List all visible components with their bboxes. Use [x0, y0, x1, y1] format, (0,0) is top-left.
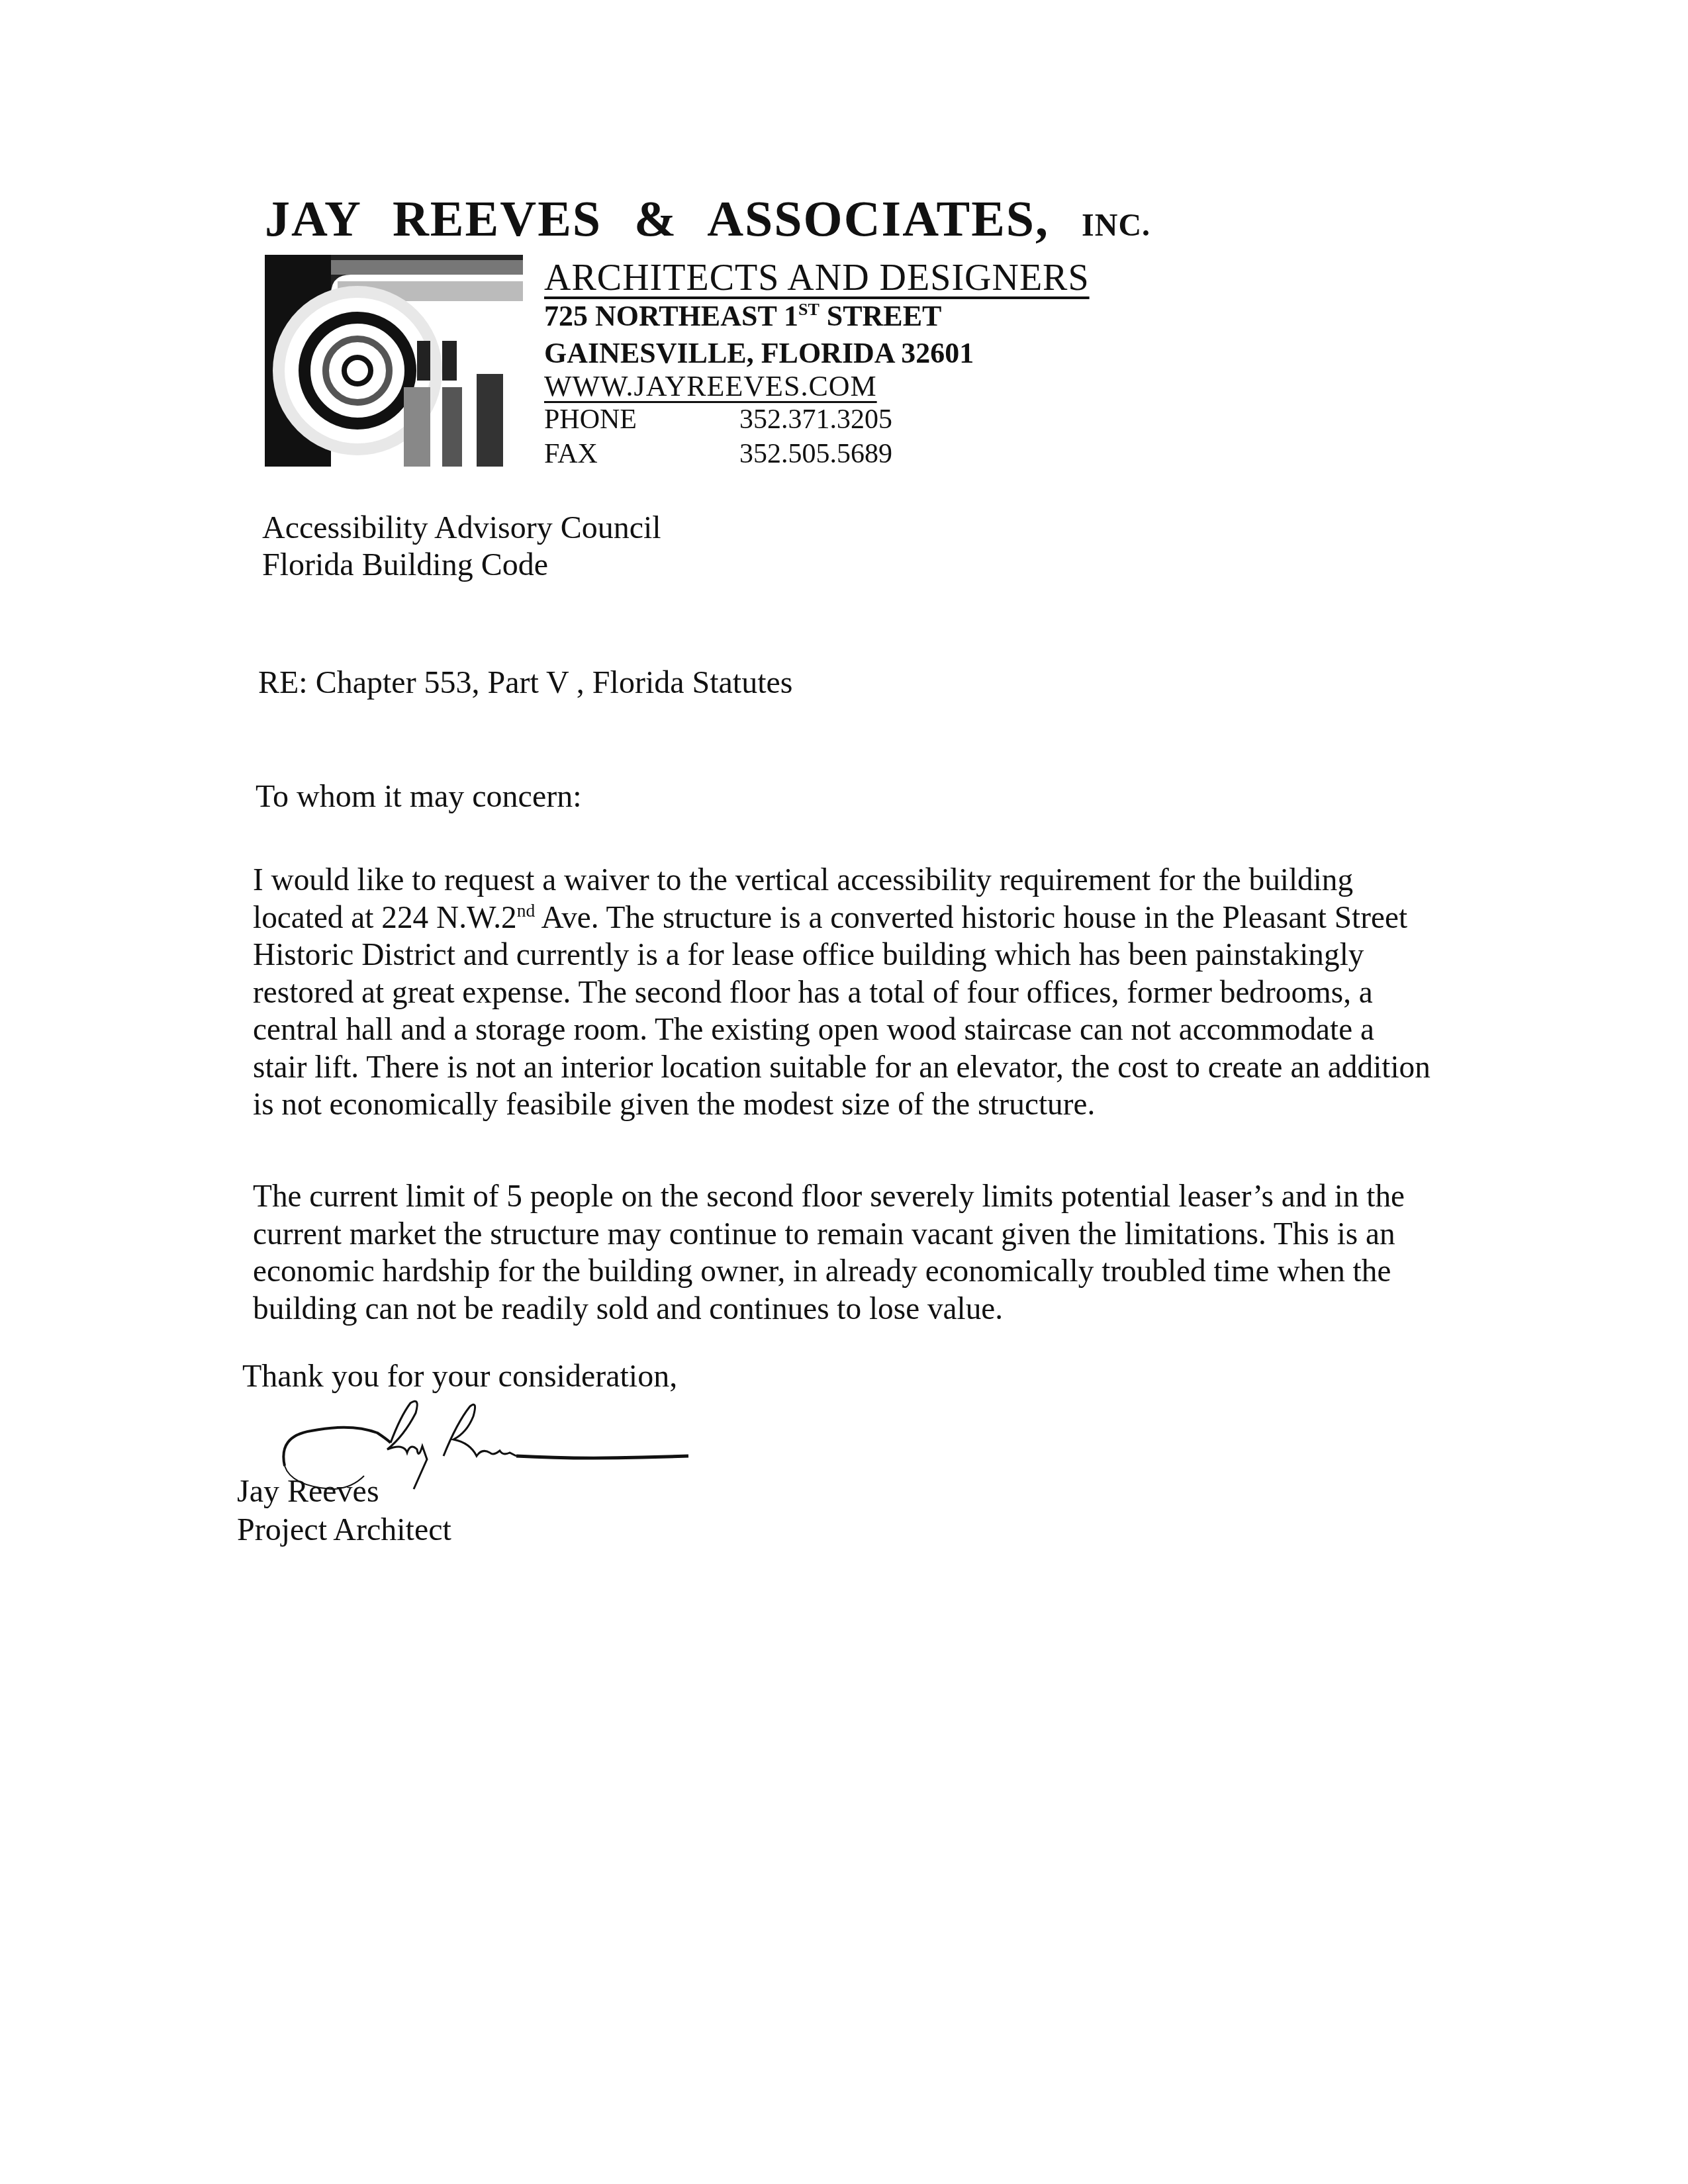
body-paragraph-2: The current limit of 5 people on the sec…	[253, 1178, 1433, 1328]
closing: Thank you for your consideration,	[242, 1358, 677, 1395]
company-name: JAY REEVES & ASSOCIATES, INC.	[265, 191, 1150, 248]
signer-title: Project Architect	[237, 1512, 451, 1549]
street-address-ordinal: ST	[798, 300, 820, 319]
phone-label: PHONE	[544, 404, 637, 435]
company-name-text: JAY REEVES & ASSOCIATES,	[265, 191, 1049, 247]
phone-number: 352.371.3205	[739, 404, 892, 435]
fax-label: FAX	[544, 439, 598, 469]
tagline: ARCHITECTS AND DESIGNERS	[544, 257, 1090, 299]
signer-name: Jay Reeves	[237, 1473, 379, 1510]
recipient-line-2: Florida Building Code	[262, 547, 548, 584]
fax-number: 352.505.5689	[739, 438, 892, 470]
salutation: To whom it may concern:	[256, 778, 582, 815]
website-link[interactable]: WWW.JAYREEVES.COM	[544, 369, 877, 403]
body-paragraph-1: I would like to request a waiver to the …	[253, 862, 1433, 1124]
phone-row: PHONE 352.371.3205	[544, 404, 637, 435]
city-state-zip: GAINESVILLE, FLORIDA 32601	[544, 336, 974, 370]
company-suffix: INC.	[1082, 208, 1150, 243]
street-address-suffix: STREET	[820, 300, 942, 332]
fax-row: FAX 352.505.5689	[544, 438, 598, 470]
recipient-line-1: Accessibility Advisory Council	[262, 510, 661, 547]
ionic-column-capital-icon	[265, 255, 523, 467]
para1-ordinal: nd	[517, 901, 536, 921]
street-address-main: 725 NORTHEAST 1	[544, 300, 798, 332]
street-address: 725 NORTHEAST 1ST STREET	[544, 299, 941, 333]
subject-line: RE: Chapter 553, Part V , Florida Statut…	[258, 664, 793, 702]
